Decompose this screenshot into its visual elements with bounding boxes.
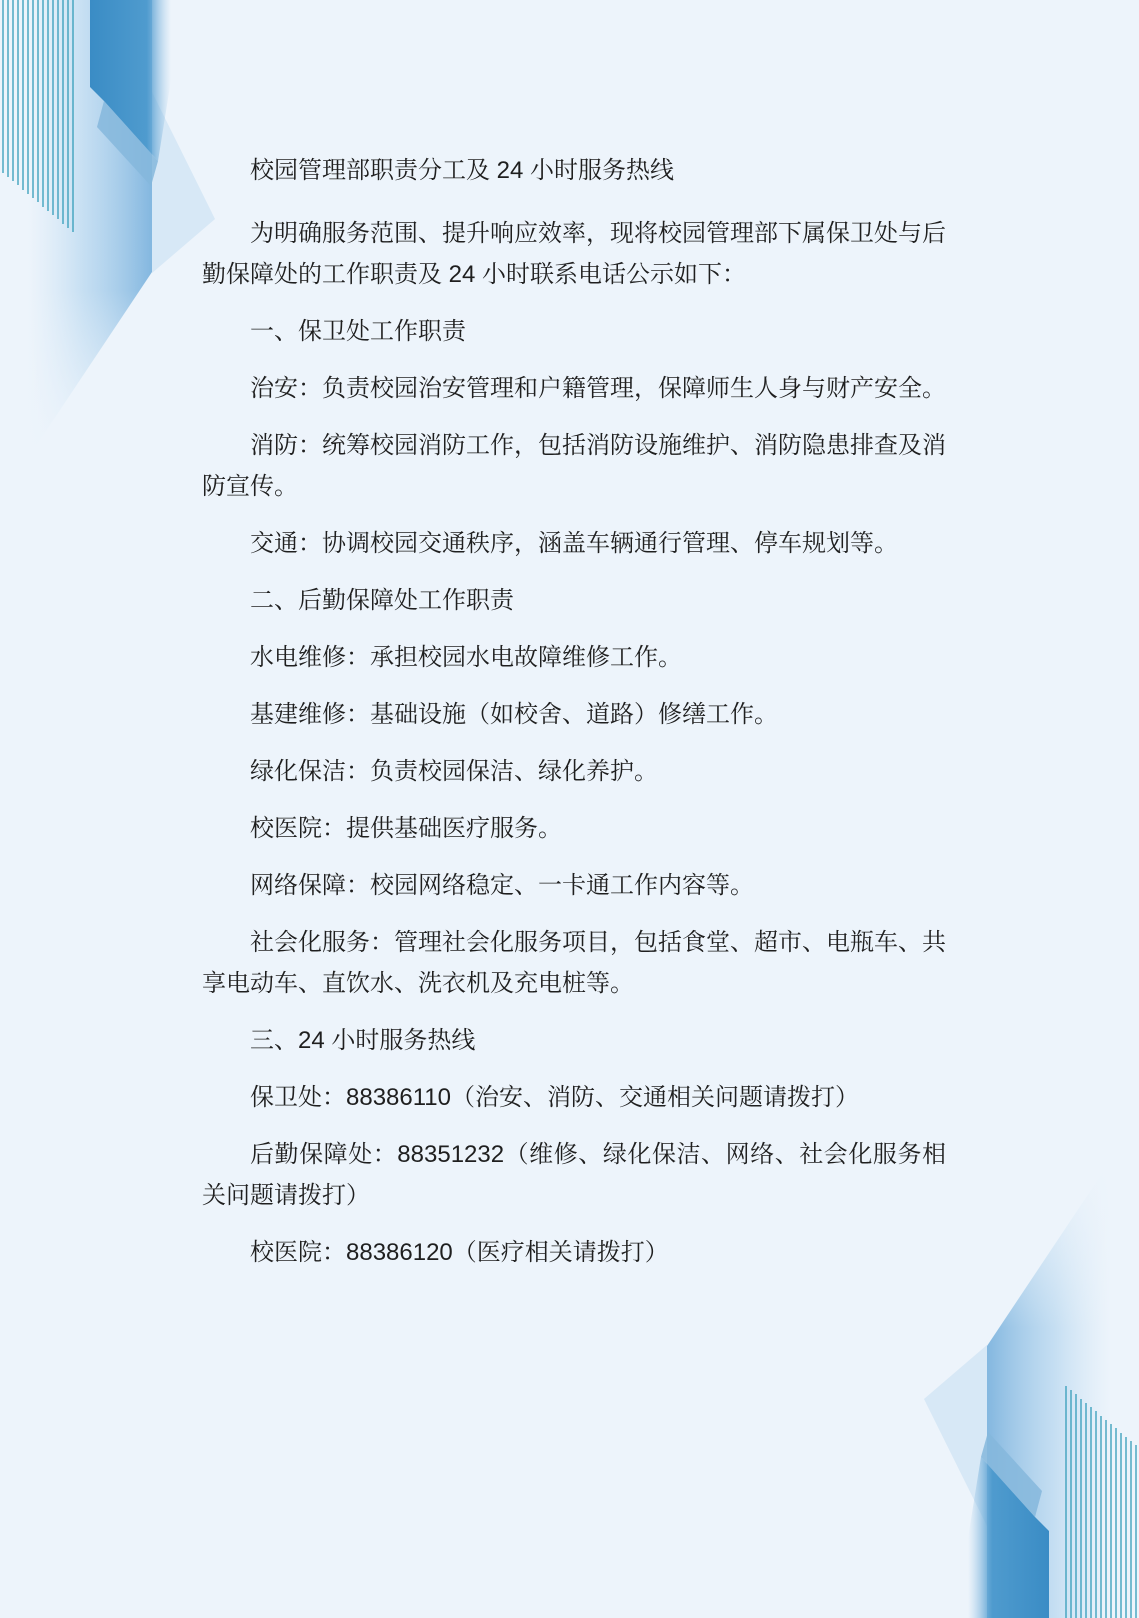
- intro-paragraph: 为明确服务范围、提升响应效率，现将校园管理部下属保卫处与后勤保障处的工作职责及 …: [202, 213, 946, 295]
- section-3-heading: 三、24 小时服务热线: [202, 1020, 946, 1061]
- hotline-campus-hospital: 校医院：88386120（医疗相关请拨打）: [202, 1232, 946, 1273]
- section-2-heading: 二、后勤保障处工作职责: [202, 580, 946, 621]
- duty-item-infrastructure-repair: 基建维修：基础设施（如校舍、道路）修缮工作。: [202, 694, 946, 735]
- hotline-logistics-office: 后勤保障处：88351232（维修、绿化保洁、网络、社会化服务相关问题请拨打）: [202, 1134, 946, 1216]
- hotline-security-office: 保卫处：88386110（治安、消防、交通相关问题请拨打）: [202, 1077, 946, 1118]
- duty-item-campus-hospital: 校医院：提供基础医疗服务。: [202, 808, 946, 849]
- section-1-heading: 一、保卫处工作职责: [202, 311, 946, 352]
- duty-item-public-security: 治安：负责校园治安管理和户籍管理，保障师生人身与财产安全。: [202, 368, 946, 409]
- duty-item-network: 网络保障：校园网络稳定、一卡通工作内容等。: [202, 865, 946, 906]
- duty-item-utilities-repair: 水电维修：承担校园水电故障维修工作。: [202, 637, 946, 678]
- duty-item-fire-safety: 消防：统筹校园消防工作，包括消防设施维护、消防隐患排查及消防宣传。: [202, 425, 946, 507]
- document-title: 校园管理部职责分工及 24 小时服务热线: [202, 150, 946, 191]
- duty-item-social-services: 社会化服务：管理社会化服务项目，包括食堂、超市、电瓶车、共享电动车、直饮水、洗衣…: [202, 922, 946, 1004]
- duty-item-greening-cleaning: 绿化保洁：负责校园保洁、绿化养护。: [202, 751, 946, 792]
- duty-item-traffic: 交通：协调校园交通秩序，涵盖车辆通行管理、停车规划等。: [202, 523, 946, 564]
- document-content: 校园管理部职责分工及 24 小时服务热线 为明确服务范围、提升响应效率，现将校园…: [202, 150, 946, 1289]
